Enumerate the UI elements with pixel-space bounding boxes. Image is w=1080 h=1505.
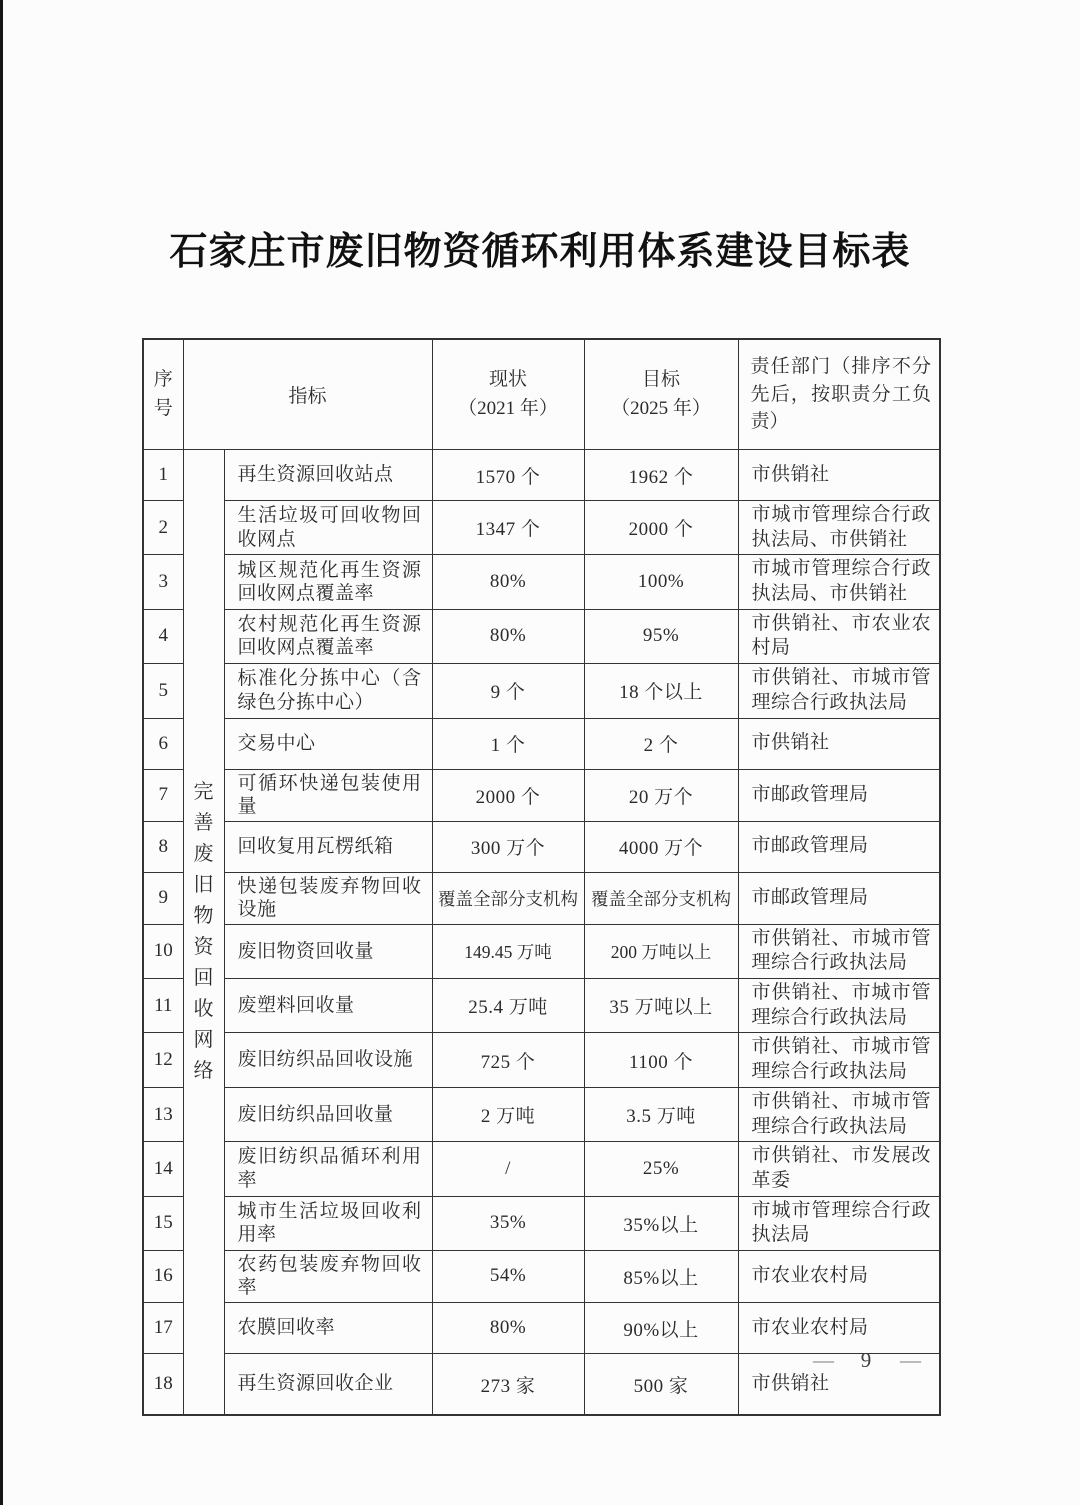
responsible-dept: 市供销社 [738,450,940,501]
table-row: 5标准化分拣中心（含绿色分拣中心）9 个18 个以上市供销社、市城市管理综合行政… [143,664,940,718]
table-row: 14废旧纺织品循环利用率/25%市供销社、市发展改革委 [143,1142,940,1196]
target-value: 500 家 [584,1354,738,1416]
table-row: 2生活垃圾可回收物回收网点1347 个2000 个市城市管理综合行政执法局、市供… [143,501,940,555]
row-number: 11 [143,979,183,1033]
responsible-dept: 市供销社、市发展改革委 [738,1142,940,1196]
header-serial-number: 序号 [143,339,183,450]
indicator-name: 废旧纺织品循环利用率 [224,1142,432,1196]
indicator-name: 交易中心 [224,718,432,769]
responsible-dept: 市供销社、市城市管理综合行政执法局 [738,664,940,718]
table-row: 6交易中心1 个2 个市供销社 [143,718,940,769]
indicator-name: 标准化分拣中心（含绿色分拣中心） [224,664,432,718]
header-current-status: 现状 （2021 年） [432,339,584,450]
indicator-name: 废旧纺织品回收设施 [224,1033,432,1087]
current-value: 80% [432,609,584,663]
responsible-dept: 市城市管理综合行政执法局 [738,1196,940,1250]
targets-table: 序号 指标 现状 （2021 年） 目标 （2025 年） 责任部门（排序不分先… [142,338,941,1416]
row-number: 1 [143,450,183,501]
current-value: / [432,1142,584,1196]
responsible-dept: 市城市管理综合行政执法局、市供销社 [738,555,940,609]
target-value: 1962 个 [584,450,738,501]
responsible-dept: 市供销社、市城市管理综合行政执法局 [738,979,940,1033]
current-value: 273 家 [432,1354,584,1416]
table-row: 8回收复用瓦楞纸箱300 万个4000 万个市邮政管理局 [143,821,940,872]
row-number: 18 [143,1354,183,1416]
indicator-name: 再生资源回收企业 [224,1354,432,1416]
responsible-dept: 市农业农村局 [738,1303,940,1354]
row-number: 6 [143,718,183,769]
current-value: 1347 个 [432,501,584,555]
current-value: 35% [432,1196,584,1250]
header-target: 目标 （2025 年） [584,339,738,450]
responsible-dept: 市供销社、市城市管理综合行政执法局 [738,924,940,978]
table-row: 3城区规范化再生资源回收网点覆盖率80%100%市城市管理综合行政执法局、市供销… [143,555,940,609]
row-number: 13 [143,1087,183,1141]
target-value: 1100 个 [584,1033,738,1087]
table-row: 13废旧纺织品回收量2 万吨3.5 万吨市供销社、市城市管理综合行政执法局 [143,1087,940,1141]
responsible-dept: 市农业农村局 [738,1250,940,1302]
target-value: 4000 万个 [584,821,738,872]
responsible-dept: 市供销社 [738,718,940,769]
target-value: 25% [584,1142,738,1196]
current-value: 2000 个 [432,769,584,821]
responsible-dept: 市城市管理综合行政执法局、市供销社 [738,501,940,555]
page-number: — 9 — [813,1348,919,1373]
indicator-name: 废旧纺织品回收量 [224,1087,432,1141]
table-row: 11废塑料回收量25.4 万吨35 万吨以上市供销社、市城市管理综合行政执法局 [143,979,940,1033]
row-number: 17 [143,1303,183,1354]
table-row: 10废旧物资回收量149.45 万吨200 万吨以上市供销社、市城市管理综合行政… [143,924,940,978]
document-page: 石家庄市废旧物资循环利用体系建设目标表 序号 指标 现状 （2021 年） 目标… [0,0,1080,1505]
responsible-dept: 市供销社、市农业农村局 [738,609,940,663]
target-value: 3.5 万吨 [584,1087,738,1141]
indicator-name: 农药包装废弃物回收率 [224,1250,432,1302]
row-number: 4 [143,609,183,663]
target-value: 20 万个 [584,769,738,821]
indicator-name: 废塑料回收量 [224,979,432,1033]
header-responsible-dept: 责任部门（排序不分先后，按职责分工负责） [738,339,940,450]
responsible-dept: 市邮政管理局 [738,821,940,872]
indicator-name: 生活垃圾可回收物回收网点 [224,501,432,555]
page-number-left-dash: — [813,1348,832,1373]
table-header: 序号 指标 现状 （2021 年） 目标 （2025 年） 责任部门（排序不分先… [143,339,940,450]
page-number-value: 9 [861,1348,872,1373]
indicator-name: 农膜回收率 [224,1303,432,1354]
page-title: 石家庄市废旧物资循环利用体系建设目标表 [0,220,1080,275]
indicator-name: 再生资源回收站点 [224,450,432,501]
target-value: 100% [584,555,738,609]
table-row: 9快递包装废弃物回收设施覆盖全部分支机构覆盖全部分支机构市邮政管理局 [143,872,940,924]
current-value: 9 个 [432,664,584,718]
page-number-right-dash: — [900,1348,919,1373]
target-value: 200 万吨以上 [584,924,738,978]
indicator-name: 废旧物资回收量 [224,924,432,978]
header-current-line2: （2021 年） [434,395,583,424]
current-value: 80% [432,555,584,609]
row-number: 3 [143,555,183,609]
row-number: 9 [143,872,183,924]
table-row: 15城市生活垃圾回收利用率35%35%以上市城市管理综合行政执法局 [143,1196,940,1250]
table-row: 7可循环快递包装使用量2000 个20 万个市邮政管理局 [143,769,940,821]
indicator-name: 农村规范化再生资源回收网点覆盖率 [224,609,432,663]
current-value: 80% [432,1303,584,1354]
current-value: 25.4 万吨 [432,979,584,1033]
row-number: 7 [143,769,183,821]
responsible-dept: 市邮政管理局 [738,872,940,924]
target-value: 覆盖全部分支机构 [584,872,738,924]
header-target-line2: （2025 年） [586,395,737,424]
table-row: 16农药包装废弃物回收率54%85%以上市农业农村局 [143,1250,940,1302]
current-value: 1 个 [432,718,584,769]
row-number: 8 [143,821,183,872]
row-number: 16 [143,1250,183,1302]
indicator-name: 快递包装废弃物回收设施 [224,872,432,924]
current-value: 149.45 万吨 [432,924,584,978]
table-row: 12废旧纺织品回收设施725 个1100 个市供销社、市城市管理综合行政执法局 [143,1033,940,1087]
indicator-name: 城市生活垃圾回收利用率 [224,1196,432,1250]
row-number: 15 [143,1196,183,1250]
row-number: 5 [143,664,183,718]
table-body: 1完善废旧物资回收网络再生资源回收站点1570 个1962 个市供销社2生活垃圾… [143,450,940,1416]
current-value: 725 个 [432,1033,584,1087]
table-row: 4农村规范化再生资源回收网点覆盖率80%95%市供销社、市农业农村局 [143,609,940,663]
responsible-dept: 市邮政管理局 [738,769,940,821]
header-current-line1: 现状 [434,366,583,395]
target-value: 18 个以上 [584,664,738,718]
indicator-name: 可循环快递包装使用量 [224,769,432,821]
table-row: 17农膜回收率80%90%以上市农业农村局 [143,1303,940,1354]
responsible-dept: 市供销社、市城市管理综合行政执法局 [738,1087,940,1141]
row-number: 12 [143,1033,183,1087]
header-target-line1: 目标 [586,366,737,395]
target-value: 35 万吨以上 [584,979,738,1033]
group-label-cell: 完善废旧物资回收网络 [183,450,224,1416]
header-row: 序号 指标 现状 （2021 年） 目标 （2025 年） 责任部门（排序不分先… [143,339,940,450]
responsible-dept: 市供销社、市城市管理综合行政执法局 [738,1033,940,1087]
target-value: 95% [584,609,738,663]
header-indicator: 指标 [183,339,432,450]
target-value: 35%以上 [584,1196,738,1250]
current-value: 300 万个 [432,821,584,872]
row-number: 2 [143,501,183,555]
current-value: 54% [432,1250,584,1302]
current-value: 2 万吨 [432,1087,584,1141]
target-value: 2000 个 [584,501,738,555]
current-value: 覆盖全部分支机构 [432,872,584,924]
row-number: 10 [143,924,183,978]
table-row: 1完善废旧物资回收网络再生资源回收站点1570 个1962 个市供销社 [143,450,940,501]
target-value: 90%以上 [584,1303,738,1354]
indicator-name: 回收复用瓦楞纸箱 [224,821,432,872]
target-value: 2 个 [584,718,738,769]
current-value: 1570 个 [432,450,584,501]
indicator-name: 城区规范化再生资源回收网点覆盖率 [224,555,432,609]
row-number: 14 [143,1142,183,1196]
target-value: 85%以上 [584,1250,738,1302]
